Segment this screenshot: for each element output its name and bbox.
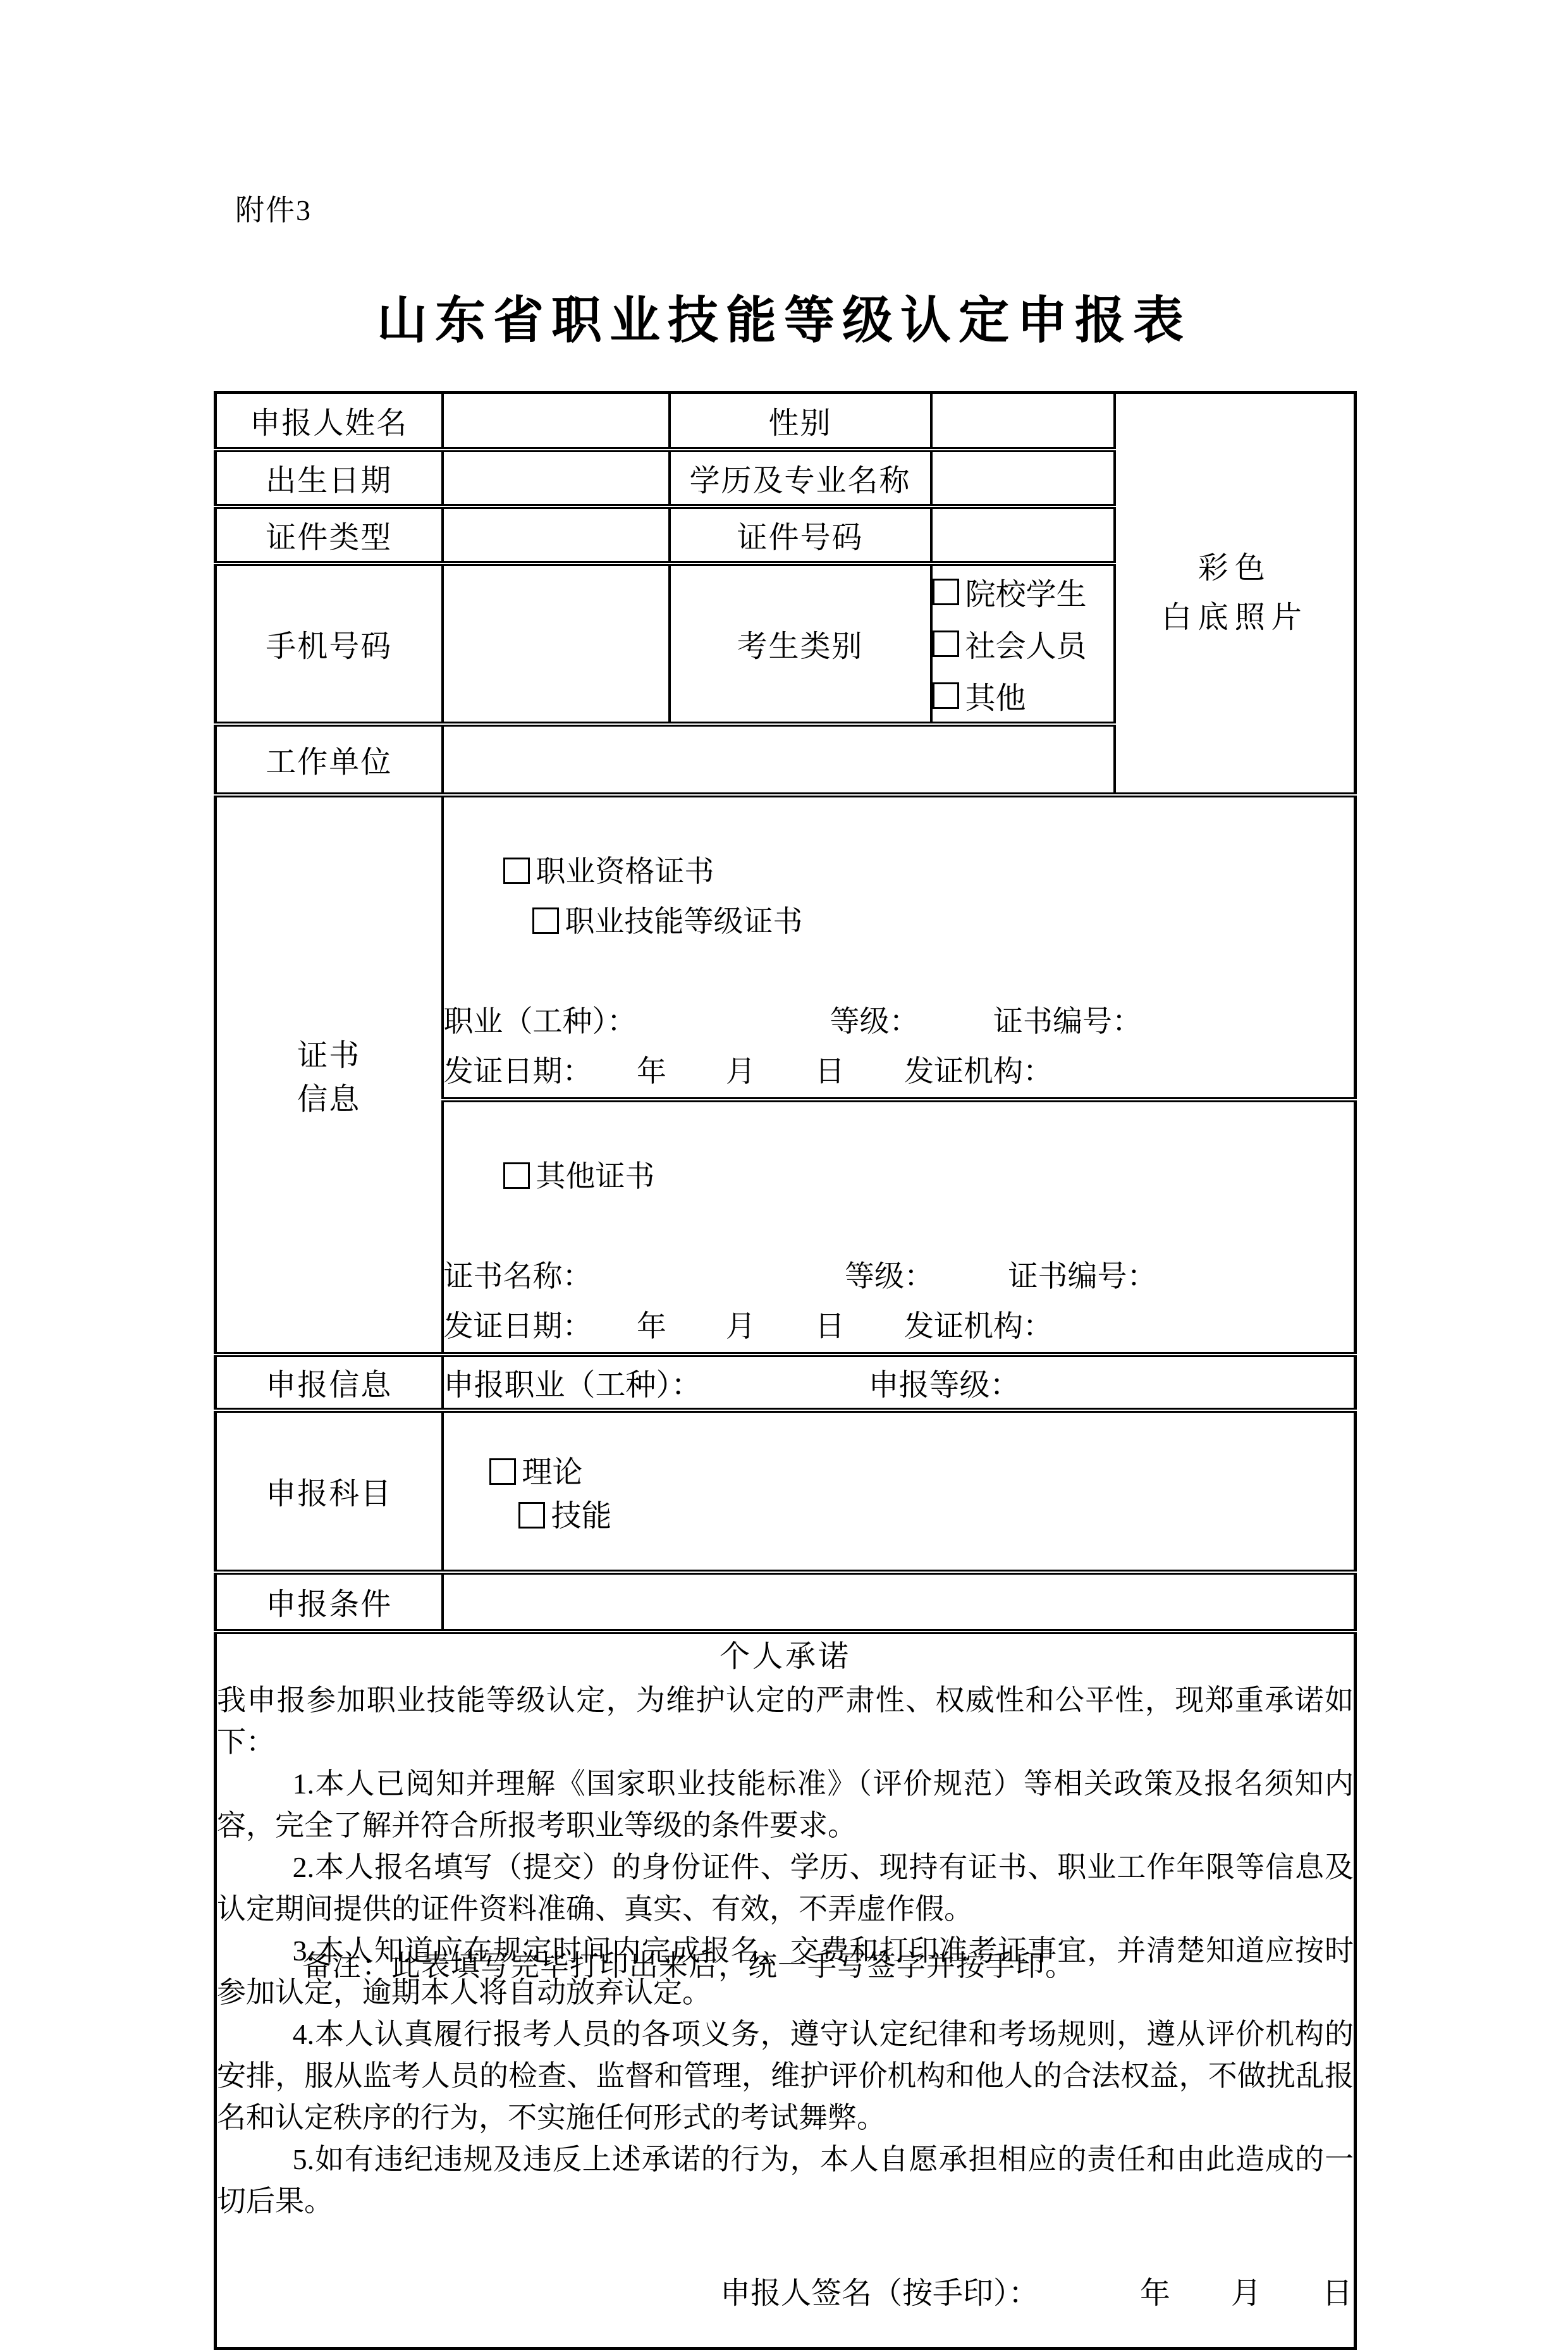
certificate-issue-line[interactable]: 发证日期： 年 月 日 发证机构： [444,1047,1354,1097]
candidate-type-options: 院校学生 社会人员 其他 [931,563,1115,724]
attachment-label: 附件3 [235,187,312,229]
subject-option-theory[interactable]: 理论 [489,1456,583,1489]
phone-label-cell: 手机号码 [216,563,443,724]
condition-input[interactable] [443,1572,1356,1632]
checkbox-icon[interactable] [933,682,959,709]
signature-line: 申报人签名（按手印）：年 月 日 [217,2234,1354,2347]
checkbox-icon[interactable] [933,579,959,605]
subject-label: 申报科目 [266,1477,392,1511]
cert-option-other[interactable]: 其他证书 [503,1160,655,1193]
certificate-other-issue-line[interactable]: 发证日期： 年 月 日 发证机构： [444,1302,1354,1352]
id-number-input[interactable] [931,507,1115,563]
applicant-name-label: 申报人姓名 [250,407,408,440]
cert-option-skill-level-label: 职业技能等级证书 [565,906,803,938]
gender-input[interactable] [931,393,1115,450]
certificate-type-options: 职业资格证书 职业技能等级证书 [444,797,1354,997]
candidate-type-label: 考生类别 [737,630,863,663]
row-name-gender: 申报人姓名 性别 彩色 白底照片 [216,393,1356,450]
cert-option-vocational-qualification-label: 职业资格证书 [536,856,714,889]
applicant-name-label-cell: 申报人姓名 [216,393,443,450]
commitment-paragraph: 4.本人认真履行报考人员的各项义务，遵守认定纪律和考场规则，遵从评价机构的安排，… [217,2014,1354,2139]
row-conditions: 申报条件 [216,1572,1356,1632]
subject-options: 理论 技能 [443,1410,1356,1572]
commitment-block: 个人承诺 我申报参加职业技能等级认定，为维护认定的严肃性、权威性和公平性，现郑重… [216,1632,1356,2349]
applicant-name-input[interactable] [443,393,670,450]
row-subjects: 申报科目 理论 技能 [216,1410,1356,1572]
photo-area[interactable]: 彩色 白底照片 [1115,393,1356,795]
certificate-other-name-line[interactable]: 证书名称： 等级： 证书编号： [444,1252,1354,1302]
commitment-paragraph: 2.本人报名填写（提交）的身份证件、学历、现持有证书、职业工作年限等信息及认定期… [217,1847,1354,1930]
certificate-existing-block: 职业资格证书 职业技能等级证书 职业（工种）： 等级： 证书编号： 发证日期： … [443,795,1356,1100]
education-input[interactable] [931,450,1115,507]
condition-label-cell: 申报条件 [216,1572,443,1632]
certificate-label-line2: 信息 [217,1074,441,1118]
candidate-option-other[interactable]: 其他 [933,670,1113,722]
employer-input[interactable] [443,724,1115,795]
cert-option-skill-level[interactable]: 职业技能等级证书 [532,906,803,938]
signature-date-label[interactable]: 年 月 日 [1140,2277,1352,2310]
phone-label: 手机号码 [266,630,392,663]
certificate-other-option-line: 其他证书 [444,1102,1354,1252]
subject-option-theory-label: 理论 [522,1456,583,1489]
signature-label[interactable]: 申报人签名（按手印）： [720,2277,1039,2310]
certificate-other-block: 其他证书 证书名称： 等级： 证书编号： 发证日期： 年 月 日 发证机构： [443,1100,1356,1355]
subject-label-cell: 申报科目 [216,1410,443,1572]
education-label: 学历及专业名称 [689,464,910,498]
checkbox-icon[interactable] [518,1502,545,1529]
id-number-label-cell: 证件号码 [670,507,931,563]
page-title: 山东省职业技能等级认定申报表 [0,280,1568,352]
employer-label-cell: 工作单位 [216,724,443,795]
cert-option-vocational-qualification[interactable]: 职业资格证书 [503,856,714,889]
checkbox-icon[interactable] [503,1162,530,1189]
checkbox-icon[interactable] [532,907,559,934]
checkbox-icon[interactable] [503,858,530,884]
application-info-line[interactable]: 申报职业（工种）： 申报等级： [443,1355,1356,1410]
subject-option-skill-label: 技能 [551,1499,612,1533]
application-info-label-cell: 申报信息 [216,1355,443,1410]
birth-date-label: 出生日期 [266,464,392,498]
birth-date-label-cell: 出生日期 [216,450,443,507]
phone-input[interactable] [443,563,670,724]
application-form-table: 申报人姓名 性别 彩色 白底照片 出生日期 学历及专业名称 证件类型 证件号码 [214,391,1357,2350]
checkbox-icon[interactable] [933,631,959,657]
employer-label: 工作单位 [266,746,392,779]
candidate-type-label-cell: 考生类别 [670,563,931,724]
row-certificate-a: 证书 信息 职业资格证书 职业技能等级证书 职业（工种）： 等级： 证书编号： … [216,795,1356,1100]
commitment-title: 个人承诺 [217,1634,1354,1680]
birth-date-input[interactable] [443,450,670,507]
candidate-option-social-label: 社会人员 [965,622,1087,665]
candidate-option-social[interactable]: 社会人员 [933,618,1113,670]
candidate-option-student-label: 院校学生 [965,570,1087,613]
commitment-paragraph: 我申报参加职业技能等级认定，为维护认定的严肃性、权威性和公平性，现郑重承诺如下： [217,1680,1354,1763]
candidate-option-student[interactable]: 院校学生 [933,566,1113,618]
id-type-input[interactable] [443,507,670,563]
id-type-label-cell: 证件类型 [216,507,443,563]
photo-placeholder: 彩色 白底照片 [1116,544,1354,643]
certificate-section-label-cell: 证书 信息 [216,795,443,1355]
candidate-option-other-label: 其他 [965,674,1026,717]
subject-option-skill[interactable]: 技能 [518,1499,612,1533]
commitment-paragraph: 1.本人已阅知并理解《国家职业技能标准》（评价规范）等相关政策及报名须知内容，完… [217,1763,1354,1847]
photo-placeholder-line2: 白底照片 [1116,593,1354,643]
cert-option-other-label: 其他证书 [536,1160,655,1193]
gender-label-cell: 性别 [670,393,931,450]
photo-placeholder-line1: 彩色 [1116,544,1354,593]
education-label-cell: 学历及专业名称 [670,450,931,507]
certificate-occupation-line[interactable]: 职业（工种）： 等级： 证书编号： [444,997,1354,1047]
certificate-label-line1: 证书 [217,1031,441,1074]
condition-label: 申报条件 [266,1588,392,1621]
application-info-label: 申报信息 [266,1369,392,1402]
row-application-info: 申报信息 申报职业（工种）： 申报等级： [216,1355,1356,1410]
id-number-label: 证件号码 [737,521,863,555]
row-commitment: 个人承诺 我申报参加职业技能等级认定，为维护认定的严肃性、权威性和公平性，现郑重… [216,1632,1356,2349]
gender-label: 性别 [768,407,831,440]
checkbox-icon[interactable] [489,1458,516,1485]
id-type-label: 证件类型 [266,521,392,555]
footer-note: 备注：此表填写完毕打印出来后，统一手写签字并按手印。 [302,1943,1075,1984]
commitment-paragraph: 5.如有违纪违规及违反上述承诺的行为，本人自愿承担相应的责任和由此造成的一切后果… [217,2139,1354,2222]
